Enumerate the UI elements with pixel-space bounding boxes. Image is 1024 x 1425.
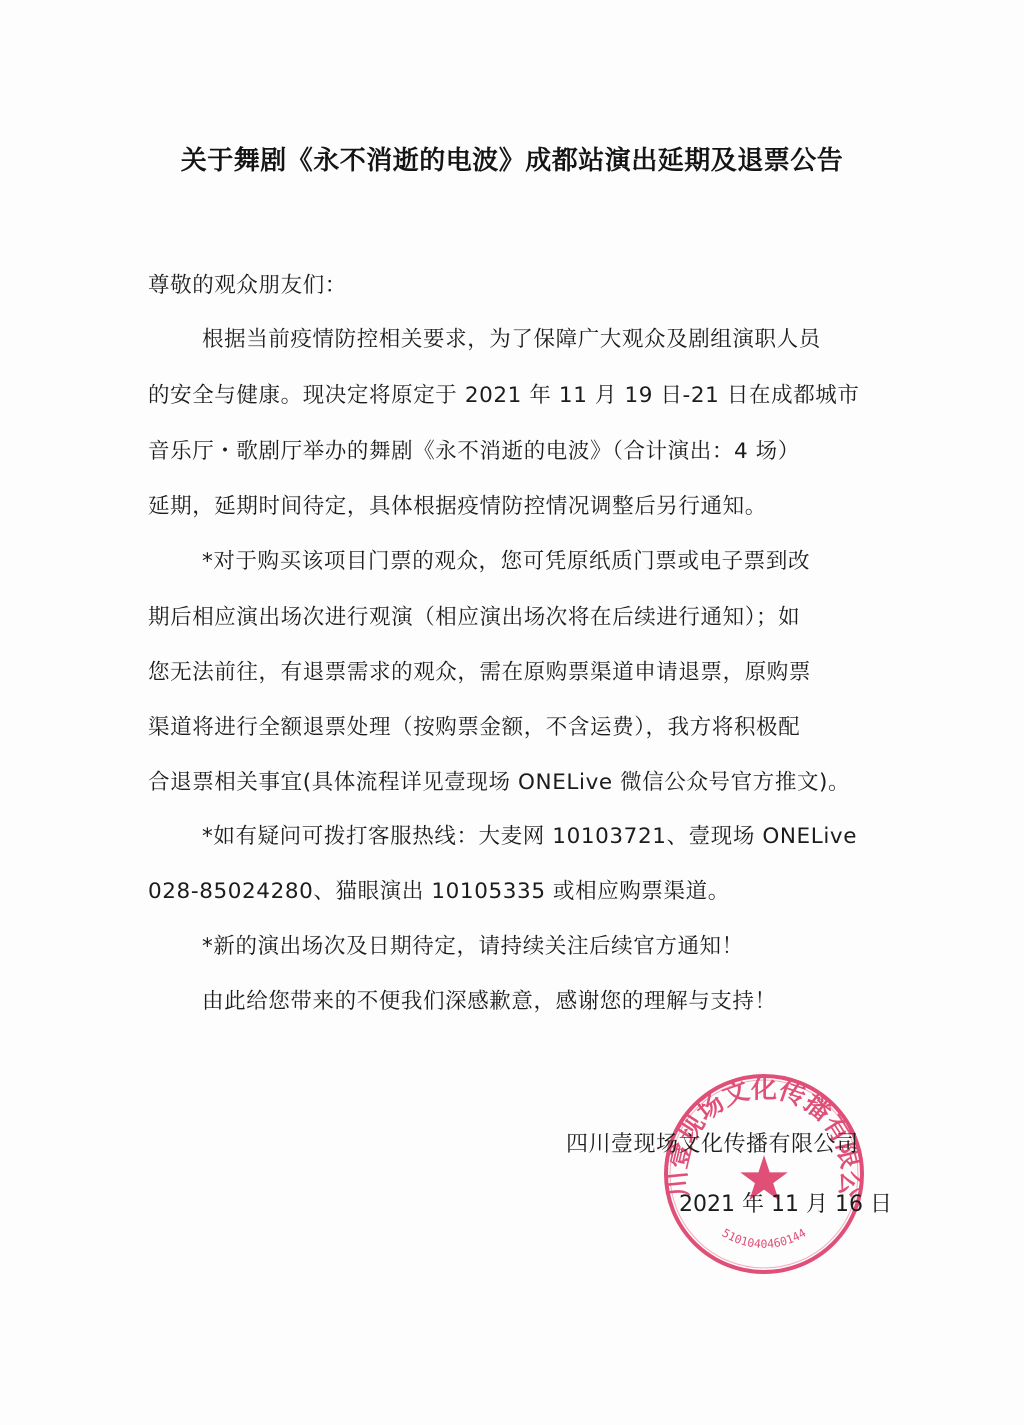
paragraph-1-line-2: 的安全与健康。现决定将原定于 2021 年 11 月 19 日-21 日在成都城… (148, 378, 860, 409)
salutation: 尊敬的观众朋友们： (148, 268, 347, 299)
paragraph-5-line-1: 由此给您带来的不便我们深感歉意，感谢您的理解与支持！ (202, 984, 777, 1015)
paragraph-2-line-4: 渠道将进行全额退票处理（按购票金额，不含运费），我方将积极配 (148, 710, 800, 741)
document-title: 关于舞剧《永不消逝的电波》成都站演出延期及退票公告 (0, 140, 1024, 177)
paragraph-1-line-4: 延期，延期时间待定，具体根据疫情防控情况调整后另行通知。 (148, 489, 767, 520)
paragraph-3-line-2: 028-85024280、猫眼演出 10105335 或相应购票渠道。 (148, 874, 730, 905)
signature-date: 2021 年 11 月 16 日 (679, 1187, 892, 1218)
paragraph-4-line-1: *新的演出场次及日期待定，请持续关注后续官方通知！ (202, 929, 744, 960)
paragraph-2-line-5: 合退票相关事宜(具体流程详见壹现场 ONELive 微信公众号官方推文)。 (148, 765, 850, 796)
paragraph-2-line-1: *对于购买该项目门票的观众，您可凭原纸质门票或电子票到改 (202, 544, 810, 575)
official-seal-stamp-icon: 四川壹现场文化传播有限公司 ★ 5101040460144 (662, 1072, 866, 1276)
paragraph-2-line-2: 期后相应演出场次进行观演（相应演出场次将在后续进行通知）；如 (148, 600, 800, 631)
paragraph-1-line-1: 根据当前疫情防控相关要求，为了保障广大观众及剧组演职人员 (202, 322, 821, 353)
signature-company: 四川壹现场文化传播有限公司 (566, 1127, 859, 1158)
paragraph-2-line-3: 您无法前往，有退票需求的观众，需在原购票渠道申请退票，原购票 (148, 655, 811, 686)
seal-registration-number: 5101040460144 (720, 1226, 809, 1251)
paragraph-3-line-1: *如有疑问可拨打客服热线：大麦网 10103721、壹现场 ONELive (202, 819, 857, 850)
notice-document: 关于舞剧《永不消逝的电波》成都站演出延期及退票公告 尊敬的观众朋友们： 根据当前… (0, 0, 1024, 1425)
paragraph-1-line-3: 音乐厅・歌剧厅举办的舞剧《永不消逝的电波》（合计演出：4 场） (148, 434, 800, 465)
